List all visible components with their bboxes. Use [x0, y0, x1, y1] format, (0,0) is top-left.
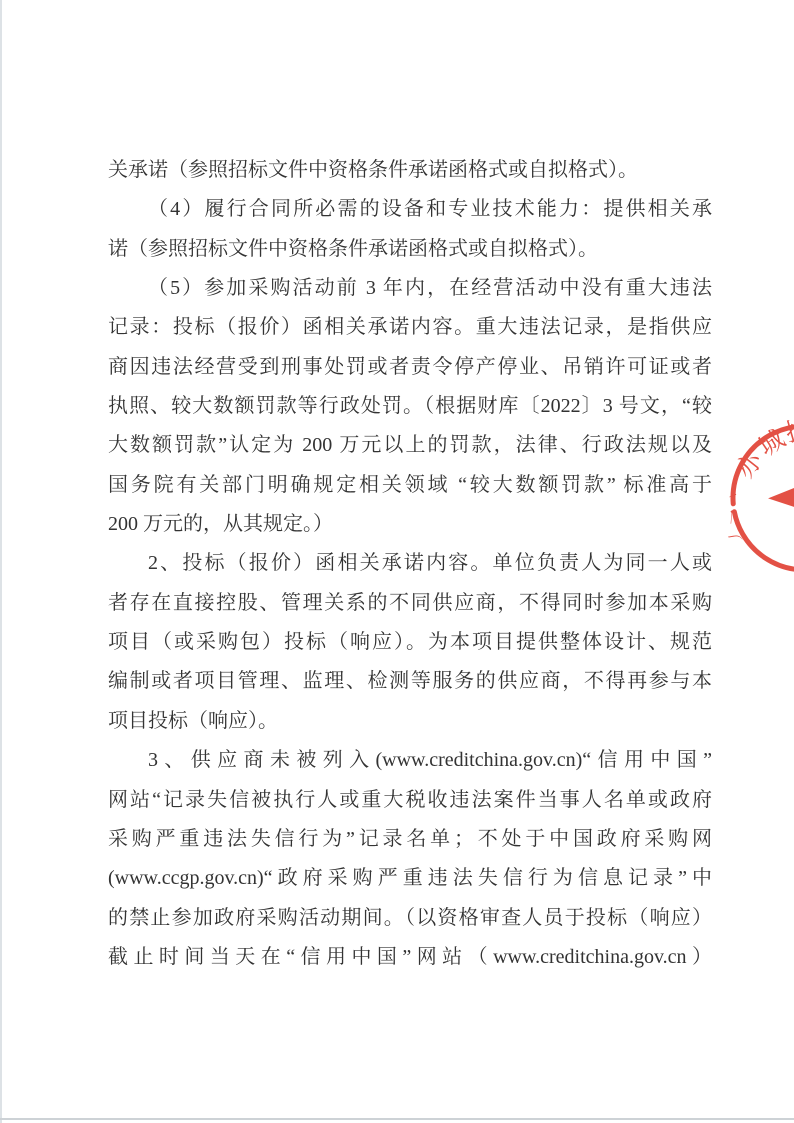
text-line: （5）参加采购活动前 3 年内，在经营活动中没有重大违法 [108, 269, 712, 308]
text-line: 200 万元的，从其规定。） [108, 505, 712, 544]
seal-arc-character: 亦 [731, 446, 769, 484]
seal-arc-fragment: 一 [724, 509, 742, 525]
text-line: 3、供应商未被列入(www.creditchina.gov.cn)“信用中国” [108, 741, 712, 780]
text-line: 诺（参照招标文件中资格条件承诺函格式或自拟格式）。 [108, 230, 712, 269]
text-line: 记录：投标（报价）函相关承诺内容。重大违法记录，是指供应 [108, 308, 712, 347]
seal-ring [707, 400, 794, 597]
text-line: 编制或者项目管理、监理、检测等服务的供应商，不得再参与本 [108, 662, 712, 701]
seal-arc-fragment: 丶 [724, 486, 745, 506]
document-text-block: 关承诺（参照招标文件中资格条件承诺函格式或自拟格式）。 （4）履行合同所必需的设… [108, 151, 712, 977]
text-line: 2、投标（报价）函相关承诺内容。单位负责人为同一人或 [108, 544, 712, 583]
text-line: 项目投标（响应）。 [108, 702, 712, 741]
text-line: 执照、较大数额罚款等行政处罚。（根据财库〔2022〕3 号文，“较 [108, 387, 712, 426]
text-line: 的禁止参加政府采购活动期间。（以资格审查人员于投标（响应） [108, 899, 712, 938]
text-line: 者存在直接控股、管理关系的不同供应商，不得同时参加本采购 [108, 584, 712, 623]
text-line: 项目（或采购包）投标（响应）。为本项目提供整体设计、规范 [108, 623, 712, 662]
seal-arc-character: 城 [754, 425, 790, 462]
scanned-document-page: { "page": { "background": "#ffffff", "te… [0, 0, 794, 1123]
scan-edge-left [0, 0, 2, 1123]
text-line: 商因违法经营受到刑事处罚或者责令停产停业、吊销许可证或者 [108, 348, 712, 387]
scan-edge-bottom [0, 1118, 794, 1120]
text-line: （4）履行合同所必需的设备和专业技术能力：提供相关承 [108, 190, 712, 229]
text-line: 采购严重违法失信行为”记录名单；不处于中国政府采购网 [108, 820, 712, 859]
red-star-icon [759, 446, 794, 540]
text-line: 截止时间当天在“信用中国”网站（www.creditchina.gov.cn） [108, 938, 712, 977]
text-line: 关承诺（参照招标文件中资格条件承诺函格式或自拟格式）。 [108, 151, 712, 190]
text-line: 大数额罚款”认定为 200 万元以上的罚款，法律、行政法规以及 [108, 426, 712, 465]
text-line: (www.ccgp.gov.cn)“政府采购严重违法失信行为信息记录”中 [108, 859, 712, 898]
text-line: 国务院有关部门明确规定相关领域 “较大数额罚款” 标准高于 [108, 466, 712, 505]
text-line: 网站“记录失信被执行人或重大税收违法案件当事人名单或政府 [108, 781, 712, 820]
seal-arc-fragment: 丿 [727, 528, 746, 546]
seal-arc-character: 投 [782, 414, 794, 448]
